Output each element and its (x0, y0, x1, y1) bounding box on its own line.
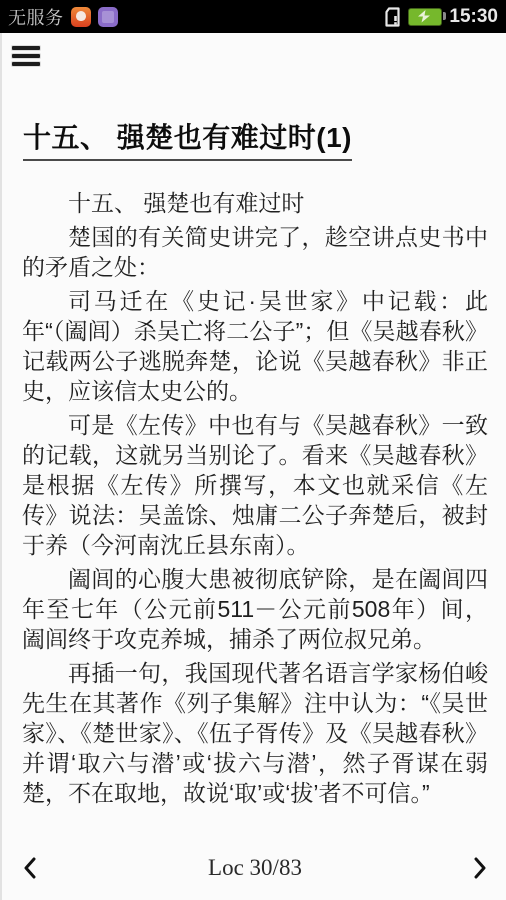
menu-bar (12, 54, 40, 58)
paragraph: 可是《左传》中也有与《吴越春秋》一致的记载，这就另当别论了。看来《吴越春秋》是根… (22, 410, 488, 560)
menu-bar (12, 62, 40, 66)
purple-notification-icon (98, 7, 118, 27)
paragraph: 十五、 强楚也有难过时 (22, 188, 488, 218)
paragraph: 阖闾的心腹大患被彻底铲除，是在阖闾四年至七年（公元前511－公元前508年）间，… (22, 564, 488, 654)
status-bar: 无服务 15:30 (0, 0, 506, 33)
orange-notification-icon (71, 7, 91, 27)
prev-page-button[interactable] (18, 856, 42, 880)
no-sim-alert-icon (385, 7, 401, 27)
chapter-body: 十五、 强楚也有难过时 楚国的有关简史讲完了，趁空讲点史书中的矛盾之处： 司马迁… (22, 188, 488, 808)
chapter-title: 十五、 强楚也有难过时(1) (23, 116, 352, 161)
next-page-button[interactable] (468, 856, 492, 880)
paragraph: 再插一句，我国现代著名语言学家杨伯峻先生在其著作《列子集解》注中认为：“《吴世家… (22, 658, 488, 808)
clock: 15:30 (449, 6, 498, 28)
chevron-right-icon (473, 857, 487, 879)
hamburger-menu-icon[interactable] (12, 46, 40, 66)
page-navigation-bar: Loc 30/83 (2, 836, 506, 900)
location-indicator: Loc 30/83 (208, 855, 302, 881)
reader-app-screen: 无服务 15:30 十五、 强楚也有难过时(1) 十五、 (0, 0, 506, 900)
paragraph: 楚国的有关简史讲完了，趁空讲点史书中的矛盾之处： (22, 222, 488, 282)
paragraph: 司马迁在《史记·吴世家》中记载：此年“（阖闾）杀吴亡将二公子”；但《吴越春秋》记… (22, 286, 488, 406)
chevron-left-icon (23, 857, 37, 879)
battery-charging-icon (408, 8, 442, 26)
menu-bar (12, 46, 40, 50)
carrier-status: 无服务 (8, 4, 64, 30)
